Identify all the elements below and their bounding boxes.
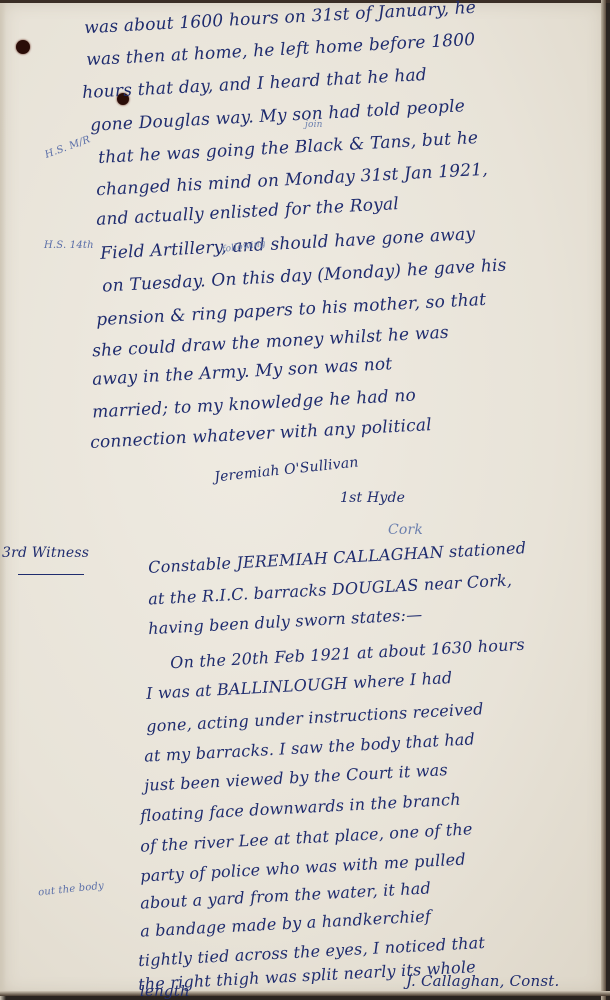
signature-constable: J. Callaghan, Const. (406, 972, 559, 990)
punch-hole-icon (16, 40, 30, 54)
statement-line: floating face downwards in the branch (140, 790, 461, 826)
statement-line: was then at home, he left home before 18… (86, 30, 476, 70)
document-page: was about 1600 hours on 31st of January,… (0, 0, 606, 996)
statement-line: married; to my knowledge he had no (92, 386, 417, 423)
section-underline (18, 574, 84, 575)
statement-line: about a yard from the water, it had (140, 878, 432, 912)
statement-line: on Tuesday. On this day (Monday) he gave… (102, 255, 507, 296)
statement-line: I was at BALLINLOUGH where I had (146, 668, 453, 703)
statement-line: having been duly sworn states:— (148, 605, 423, 638)
signature-witness-2: Jeremiah O'Sullivan (214, 454, 360, 485)
statement-line: On the 20th Feb 1921 at about 1630 hours (170, 635, 526, 673)
margin-note: H.S. 14th (44, 240, 94, 251)
statement-line: changed his mind on Monday 31st Jan 1921… (96, 160, 489, 200)
insertion-join: join (305, 120, 323, 130)
statement-line: of the river Lee at that place, one of t… (140, 819, 473, 855)
paper-edge-bottom (0, 991, 610, 996)
statement-line: connection whatever with any political (90, 415, 433, 453)
statement-line: Constable JEREMIAH CALLAGHAN stationed (148, 538, 527, 577)
signature-address-city: Cork (388, 522, 423, 538)
statement-line: Field Artillery, and should have gone aw… (100, 224, 476, 264)
statement-line: hours that day, and I heard that he had (82, 65, 428, 103)
statement-line: gone Douglas way. My son had told people (90, 96, 466, 136)
paper-edge-top (0, 0, 610, 3)
statement-line: a bandage made by a handkerchief (140, 906, 432, 940)
paper-edge-right (601, 0, 606, 1000)
statement-line: just been viewed by the Court it was (144, 760, 449, 795)
signature-address-line: 1st Hyde (340, 490, 405, 506)
statement-line: gone, acting under instructions received (146, 699, 484, 736)
section-label: 3rd Witness (2, 545, 89, 561)
statement-line: length (140, 982, 190, 1000)
margin-note: H.S. M/R (44, 134, 92, 161)
statement-line: at the R.I.C. barracks DOUGLAS near Cork… (148, 570, 513, 608)
statement-line: that he was going the Black & Tans, but … (98, 128, 479, 168)
margin-note: out the body (38, 881, 105, 899)
statement-line: away in the Army. My son was not (92, 354, 393, 390)
statement-line: she could draw the money whilst he was (92, 323, 450, 362)
statement-line: and actually enlisted for the Royal (96, 194, 400, 230)
paper-edge-left (0, 0, 6, 1000)
